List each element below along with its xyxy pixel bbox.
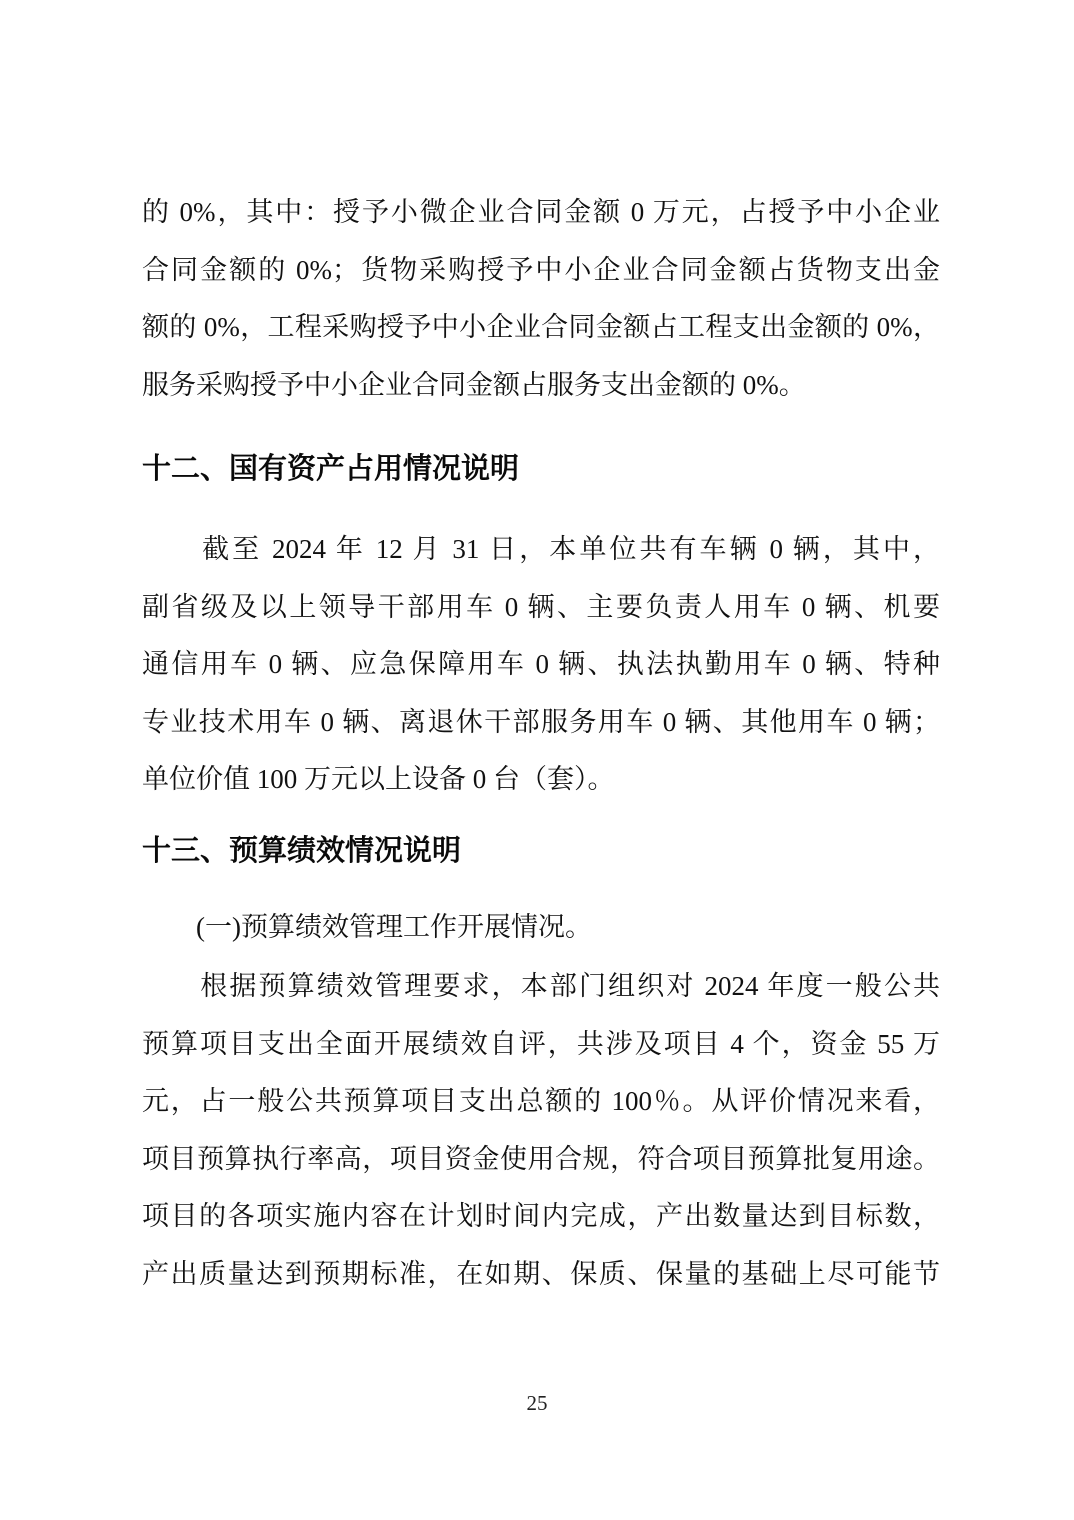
text-line: 项目预算执行率高，项目资金使用合规，符合项目预算批复用途。 xyxy=(142,1131,940,1189)
text-line: 额的 0%，工程采购授予中小企业合同金额占工程支出金额的 0%， xyxy=(142,299,940,357)
heading-section-13-budget-performance: 十三、预算绩效情况说明 xyxy=(142,823,940,881)
paragraph-procurement-continued: 的 0%，其中：授予小微企业合同金额 0 万元，占授予中小企业合同金额的 0%；… xyxy=(142,184,940,414)
text-line: 产出质量达到预期标准，在如期、保质、保量的基础上尽可能节 xyxy=(142,1246,940,1304)
text-line: 单位价值 100 万元以上设备 0 台（套）。 xyxy=(142,751,940,809)
text-line: 的 0%，其中：授予小微企业合同金额 0 万元，占授予中小企业 xyxy=(142,184,940,242)
text-line: 元，占一般公共预算项目支出总额的 100％。从评价情况来看， xyxy=(142,1073,940,1131)
text-line: 通信用车 0 辆、应急保障用车 0 辆、执法执勤用车 0 辆、特种 xyxy=(142,636,940,694)
heading-section-12-state-assets: 十二、国有资产占用情况说明 xyxy=(142,441,940,499)
document-page: 的 0%，其中：授予小微企业合同金额 0 万元，占授予中小企业合同金额的 0%；… xyxy=(0,0,1074,1520)
text-line: 合同金额的 0%；货物采购授予中小企业合同金额占货物支出金 xyxy=(142,242,940,300)
paragraph-state-assets: 截至 2024 年 12 月 31 日，本单位共有车辆 0 辆，其中，副省级及以… xyxy=(142,521,940,809)
text-line: 截至 2024 年 12 月 31 日，本单位共有车辆 0 辆，其中， xyxy=(142,521,940,579)
paragraph-performance-body: 根据预算绩效管理要求，本部门组织对 2024 年度一般公共预算项目支出全面开展绩… xyxy=(142,958,940,1303)
text-line: 副省级及以上领导干部用车 0 辆、主要负责人用车 0 辆、机要 xyxy=(142,579,940,637)
text-line: 根据预算绩效管理要求，本部门组织对 2024 年度一般公共 xyxy=(142,958,940,1016)
page-number: 25 xyxy=(0,1390,1074,1416)
text-line: 预算项目支出全面开展绩效自评，共涉及项目 4 个，资金 55 万 xyxy=(142,1016,940,1074)
text-line: 专业技术用车 0 辆、离退休干部服务用车 0 辆、其他用车 0 辆； xyxy=(142,694,940,752)
text-line: 项目的各项实施内容在计划时间内完成，产出数量达到目标数， xyxy=(142,1188,940,1246)
paragraph-performance-subtitle: (一)预算绩效管理工作开展情况。 xyxy=(142,899,940,957)
text-line: 服务采购授予中小企业合同金额占服务支出金额的 0%。 xyxy=(142,357,940,415)
text-line: (一)预算绩效管理工作开展情况。 xyxy=(142,899,940,957)
